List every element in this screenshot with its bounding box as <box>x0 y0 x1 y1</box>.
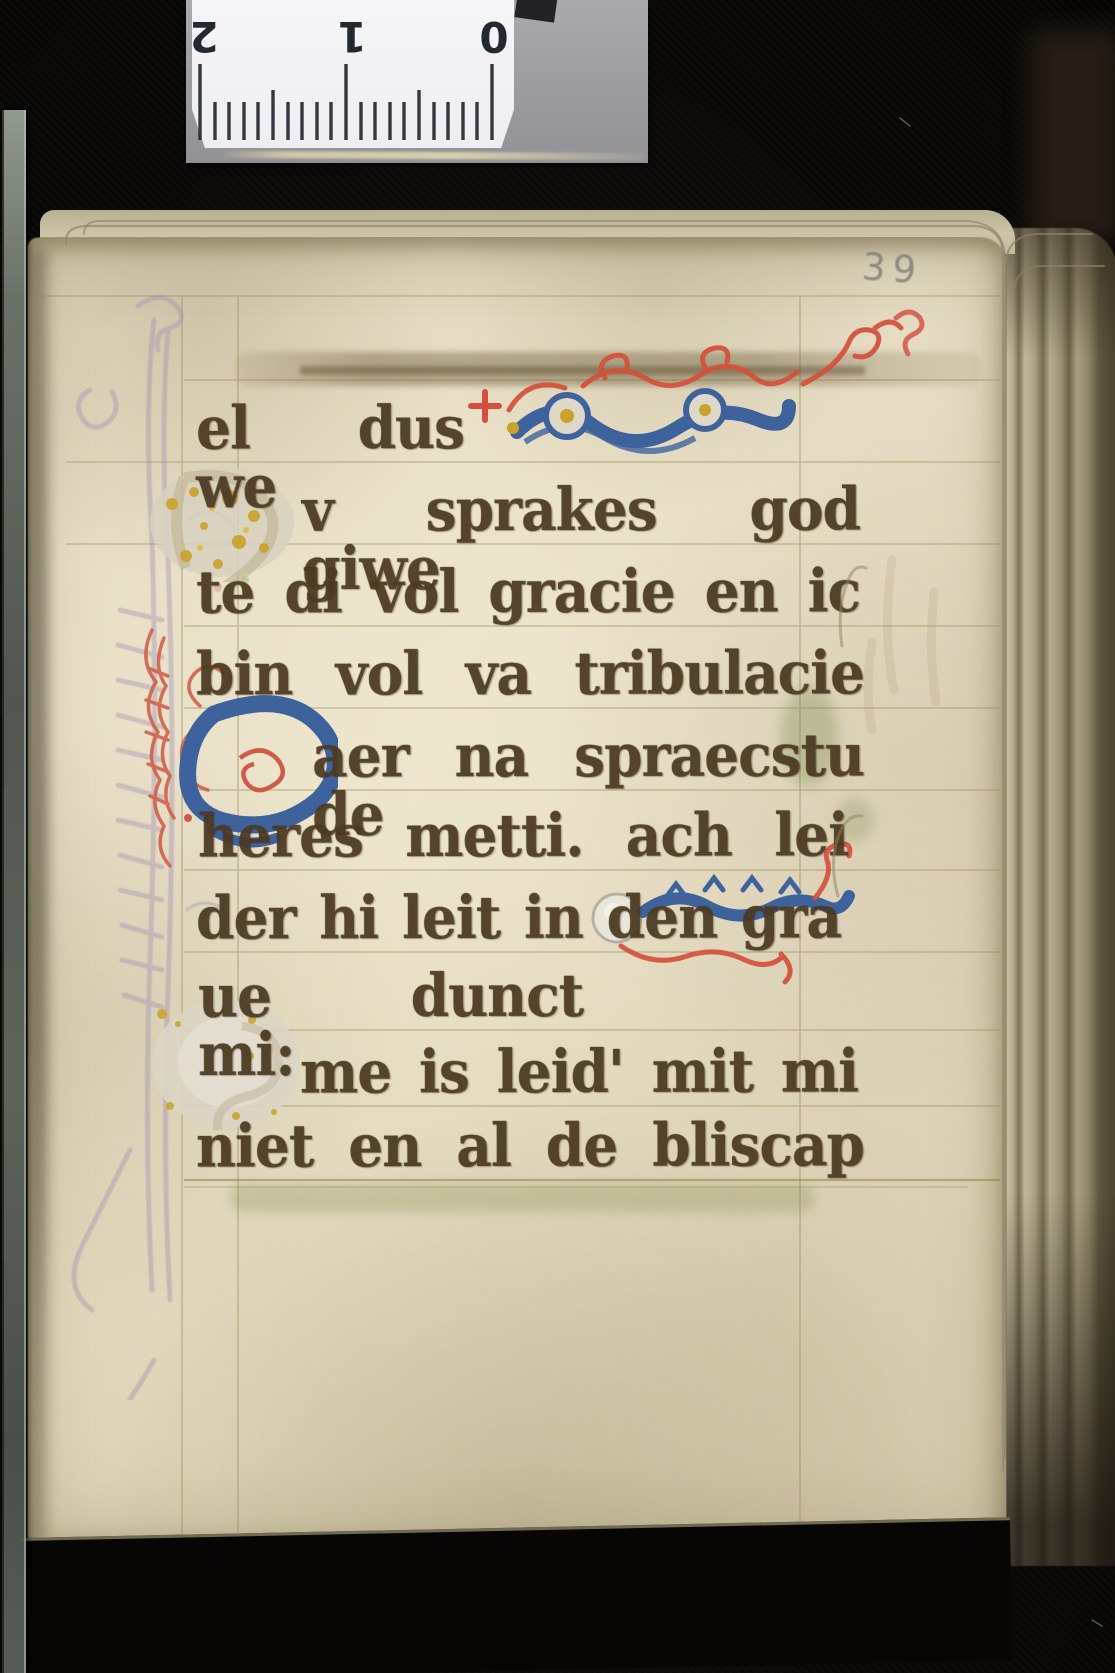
under-page-edge-line-2 <box>84 221 1005 1458</box>
ruler-label-2: 2 <box>184 12 224 61</box>
dust-fibers <box>152 56 1102 1648</box>
ruler-label-1: 1 <box>332 12 372 61</box>
margin-curl-1 <box>840 567 866 646</box>
glass-plate-edge <box>2 110 26 1673</box>
red-margin-squiggle <box>896 312 922 354</box>
marks-overlay <box>0 0 1115 1673</box>
photograph-stage: el dus we v sprakes god giwe te di vol g… <box>0 0 1115 1673</box>
under-page-edge-line-1 <box>66 226 1003 1470</box>
page-bottom-edge <box>20 1517 1013 1673</box>
stack-corner-lines <box>1006 234 1104 290</box>
ruler-tick-marks <box>196 56 516 148</box>
ruler-label-0: 0 <box>474 12 514 61</box>
show-through <box>868 560 936 730</box>
margin-curl-2 <box>833 816 862 896</box>
